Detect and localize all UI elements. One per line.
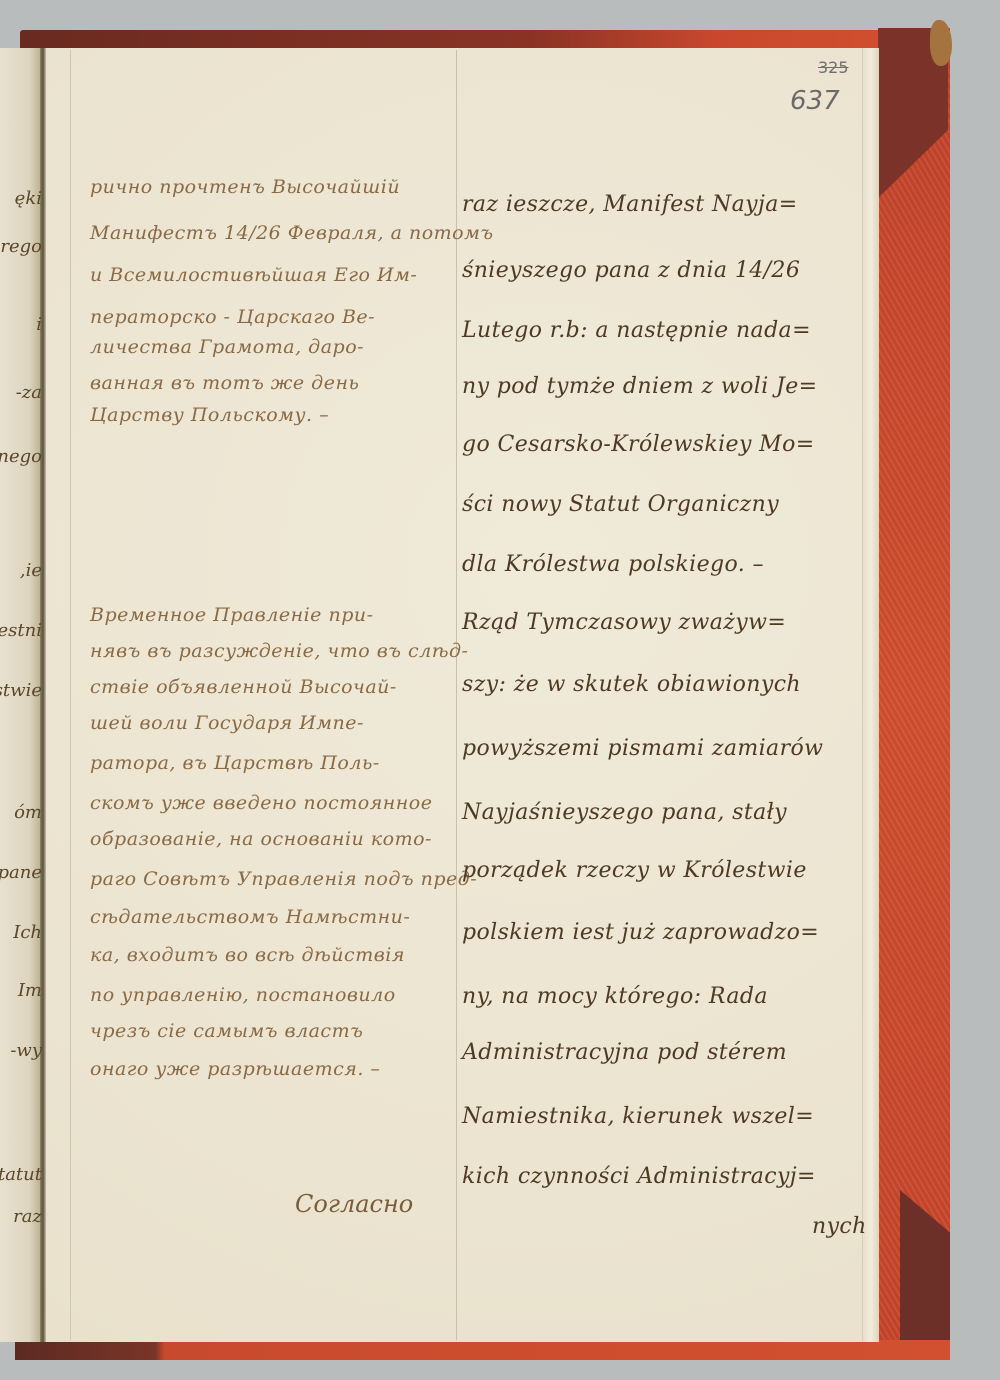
fragment-line: za- — [0, 382, 42, 403]
russian-line: скомъ уже введено постоянное — [90, 792, 433, 814]
book-cover-bottom-edge — [15, 1340, 950, 1360]
polish-line: Nayjaśnieyszego pana, stały — [462, 800, 787, 825]
fragment-line: Im — [0, 980, 42, 1001]
russian-line: и Всемилостивѣйшая Его Им- — [90, 264, 417, 286]
russian-line: сѣдательствомъ Намѣстни- — [90, 906, 410, 928]
polish-line: szy: że w skutek obiawionych — [462, 672, 801, 697]
fragment-line: rego — [0, 236, 42, 257]
russian-line: чрезъ сіе самымъ властъ — [90, 1020, 363, 1042]
polish-line: ści nowy Statut Organiczny — [462, 492, 779, 517]
polish-line: śnieyszego pana z dnia 14/26 — [462, 258, 800, 283]
polish-line: kich czynności Administracyj= — [462, 1164, 816, 1189]
polish-line: porządek rzeczy w Królestwie — [462, 858, 807, 883]
polish-line: ny pod tymże dniem z woli Je= — [462, 374, 818, 399]
fragment-line: pane — [0, 862, 42, 883]
polish-line: Administracyjna pod stérem — [462, 1040, 787, 1065]
fragment-line: wy- — [0, 1040, 42, 1061]
fragment-line: estwie — [0, 680, 42, 701]
fragment-line: statut — [0, 1164, 42, 1185]
russian-line: ператорско - Царскаго Ве- — [90, 306, 375, 328]
russian-line: рично прочтенъ Высочайшій — [90, 176, 400, 198]
fragment-line: raz — [0, 1206, 42, 1227]
russian-line: ка, входитъ во всѣ дѣйствія — [90, 944, 405, 966]
polish-line: ny, na mocy którego: Rada — [462, 984, 768, 1009]
polish-line: dla Królestwa polskiego. – — [462, 552, 764, 577]
russian-line: раго Совѣтъ Управленія подъ пред- — [90, 868, 477, 890]
fragment-line: estni — [0, 620, 42, 641]
polish-line: polskiem iest już zaprowadzo= — [462, 920, 819, 945]
fragment-line: Ich — [0, 922, 42, 943]
folio-old-number: 325 — [818, 58, 849, 77]
page-stack-edge — [862, 48, 879, 1342]
book-cover-right-edge — [878, 28, 950, 1360]
russian-line: ствіе объявленной Высочай- — [90, 676, 397, 698]
fragment-line: óm — [0, 802, 42, 823]
polish-line: raz ieszcze, Manifest Nayja= — [462, 192, 798, 217]
russian-line: по управленію, постановило — [90, 984, 396, 1006]
russian-line: Царству Польскому. – — [90, 404, 329, 426]
signature-soglasno: Согласно — [295, 1190, 413, 1218]
russian-line: образованіе, на основаніи кото- — [90, 828, 432, 850]
russian-line: ванная въ тотъ же день — [90, 372, 359, 394]
polish-line: nych — [812, 1214, 867, 1239]
russian-line: Временное Правленіе при- — [90, 604, 374, 626]
russian-line: нявъ въ разсужденіе, что въ слѣд- — [90, 640, 468, 662]
torn-cover-fragment — [930, 20, 952, 66]
polish-line: powyższemi pismami zamiarów — [462, 736, 823, 761]
margin-rule-left — [70, 50, 71, 1340]
fragment-line: ęki — [0, 188, 42, 209]
russian-line: ратора, въ Царствѣ Поль- — [90, 752, 380, 774]
fragment-line: nego — [0, 446, 42, 467]
russian-line: личества Грамота, даро- — [90, 336, 364, 358]
russian-line: шей воли Государя Импе- — [90, 712, 364, 734]
folio-number: 637 — [790, 86, 840, 116]
fragment-line: ie, — [0, 560, 42, 581]
russian-line: онаго уже разрѣшается. – — [90, 1058, 380, 1080]
polish-line: Rząd Tymczasowy zważyw= — [462, 610, 786, 635]
polish-line: Lutego r.b: a następnie nada= — [462, 318, 811, 343]
polish-line: go Cesarsko-Królewskiey Mo= — [462, 432, 815, 457]
russian-line: Манифестъ 14/26 Февраля, а потомъ — [90, 222, 494, 244]
polish-line: Namiestnika, kierunek wszel= — [462, 1104, 814, 1129]
fragment-line: i — [0, 314, 42, 335]
